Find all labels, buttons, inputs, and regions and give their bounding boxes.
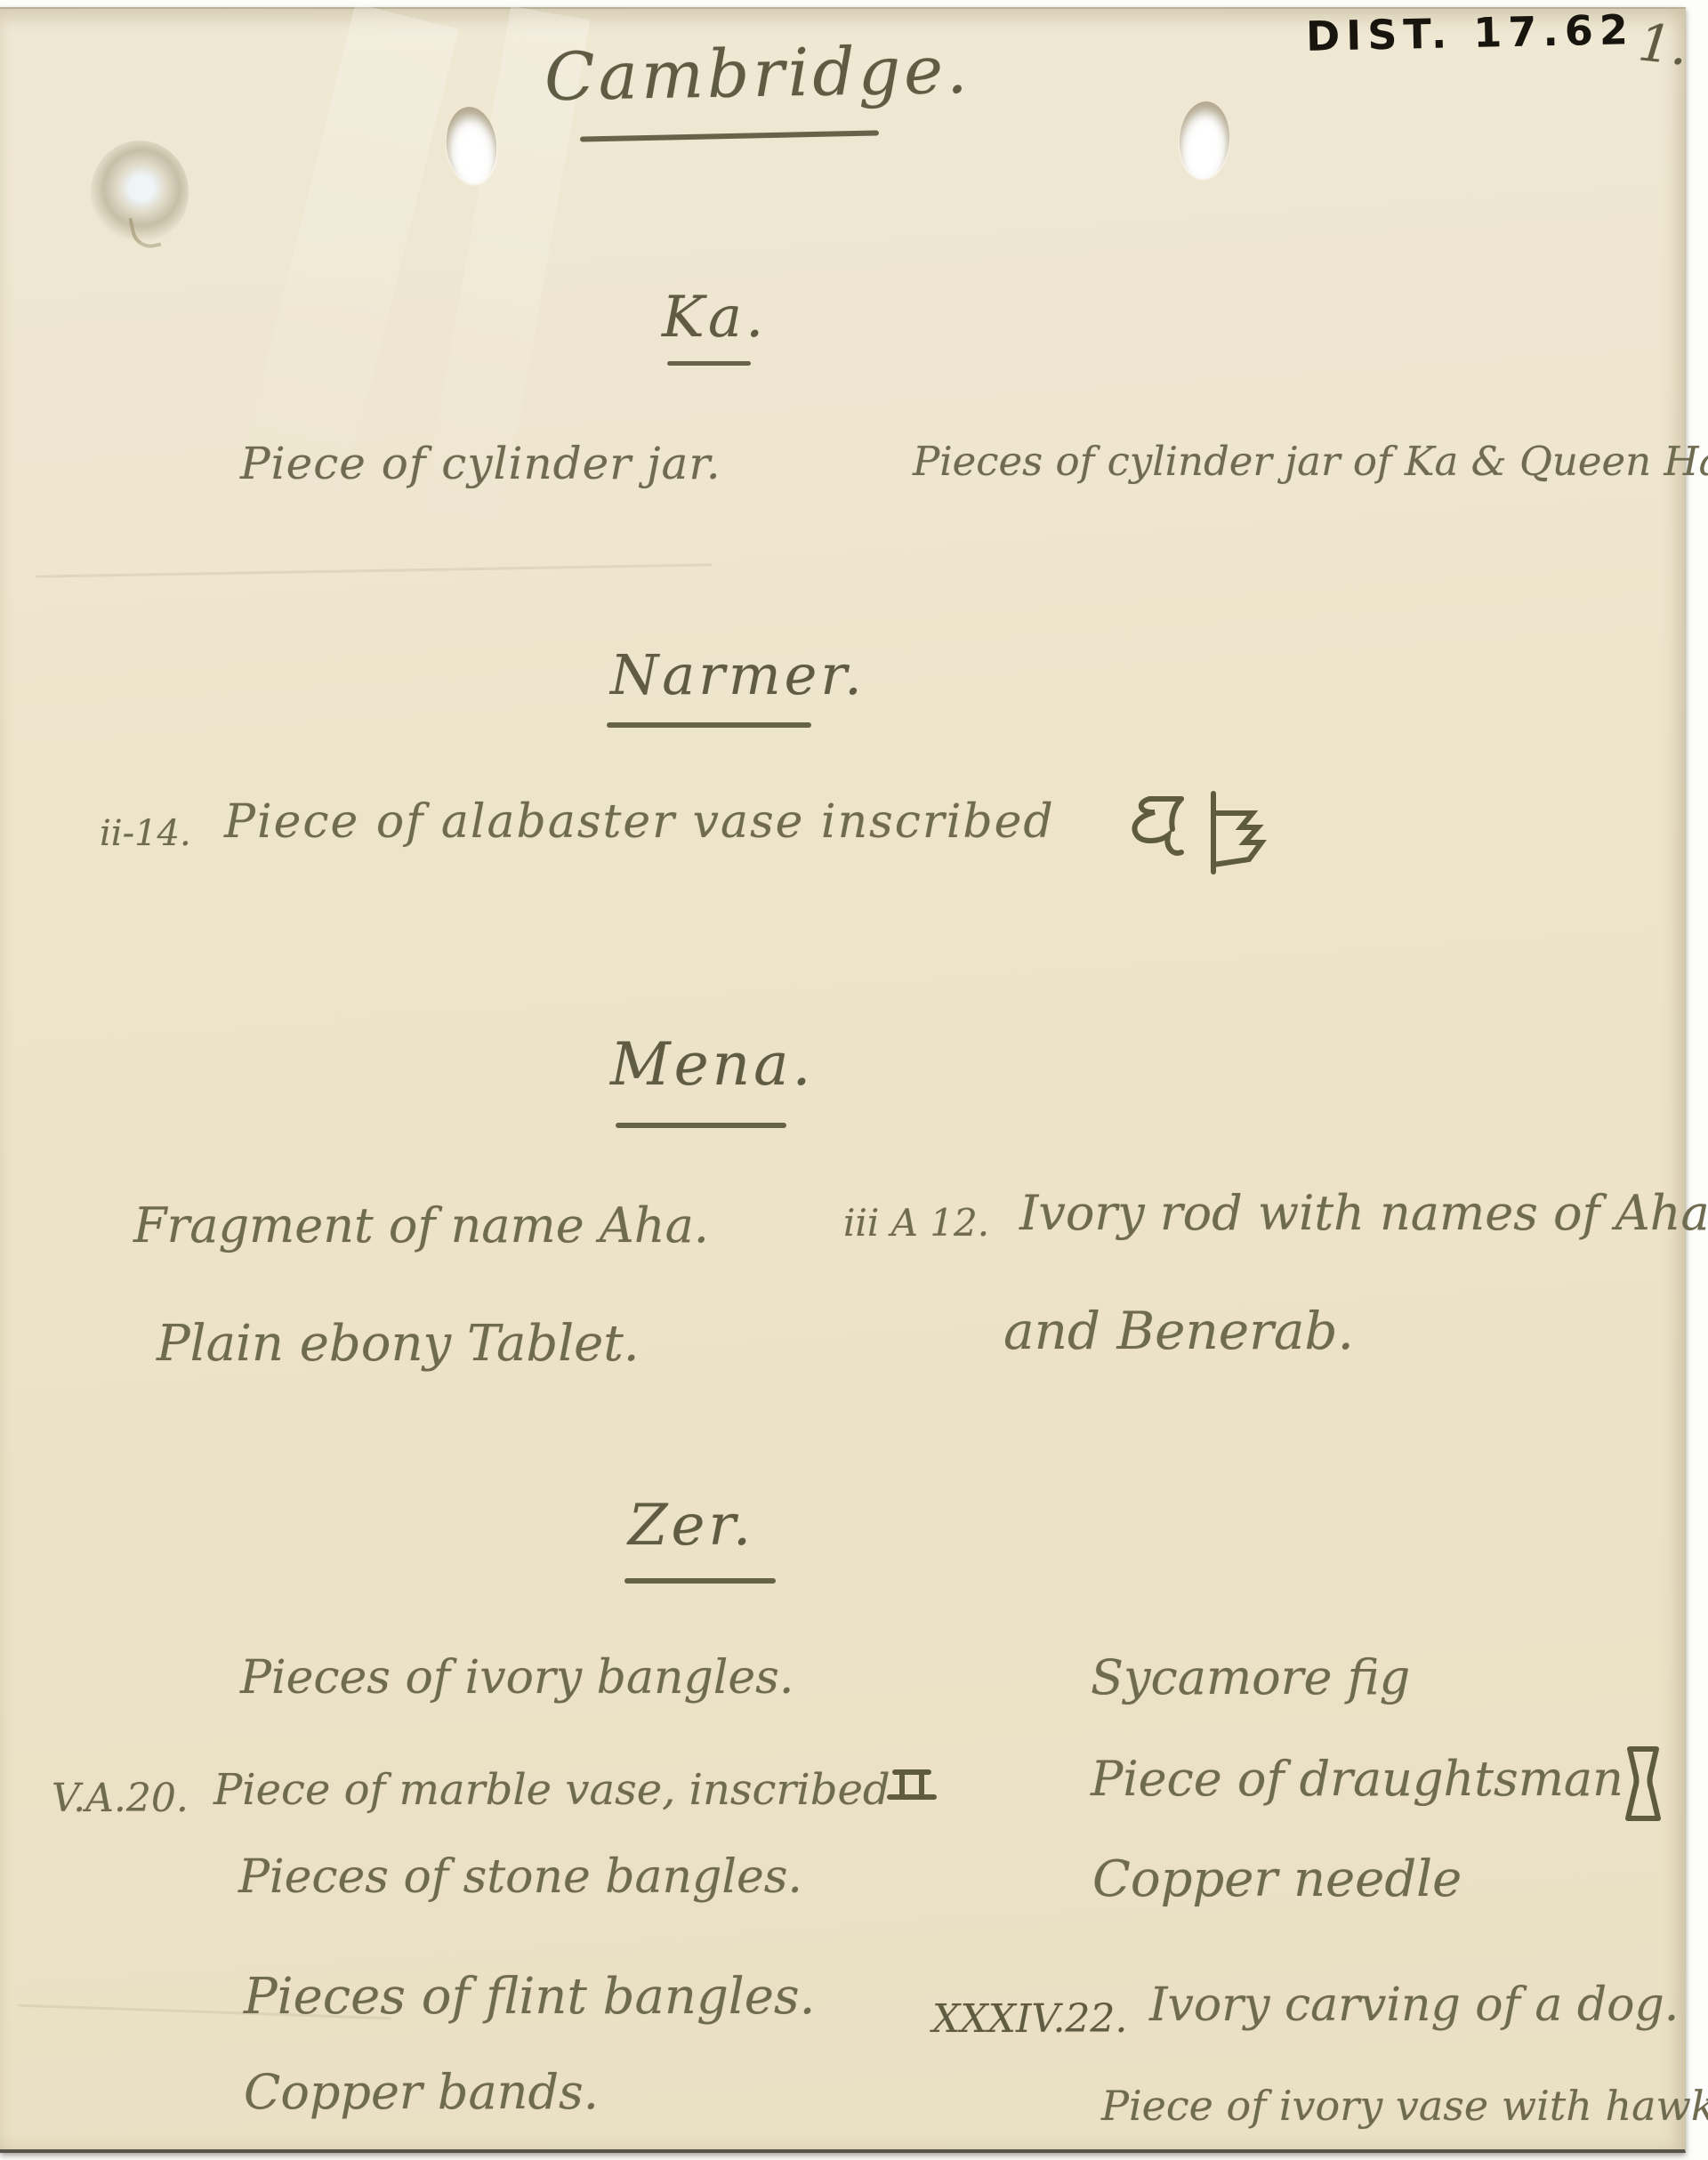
entry-ka-right: Pieces of cylinder jar of Ka & Queen Ha. [913, 438, 1708, 485]
entry-zer-left-2-ref: V.A.20. [52, 1776, 189, 1821]
paper-crease [36, 563, 712, 577]
entry-mena-right-1: Ivory rod with names of Aha [1019, 1185, 1708, 1241]
page-title: Cambridge. [544, 32, 971, 116]
archive-stamp: DIST. 17.62 [1305, 5, 1634, 60]
entry-narmer-ref: ii-14. [100, 813, 191, 854]
entry-zer-left-4: Pieces of flint bangles. [244, 1968, 815, 2026]
vase-stand-hieroglyph [884, 1761, 938, 1809]
section-heading-mena: Mena. [610, 1030, 814, 1099]
entry-zer-left-2: Piece of marble vase, inscribed [213, 1765, 890, 1815]
entry-zer-right-3: Copper needle [1092, 1850, 1462, 1908]
paper-damage-spot [91, 141, 189, 244]
entry-narmer-text: Piece of alabaster vase inscribed [224, 795, 1055, 849]
section-heading-ka: Ka. [662, 285, 767, 351]
narmer-catfish-chisel-hieroglyphs [1119, 785, 1270, 884]
paper-sheet [0, 7, 1686, 2153]
entry-mena-right-ref: iii A 12. [843, 1201, 989, 1245]
scanned-document-page: DIST. 17.62 1. Cambridge. Ka. Piece of c… [0, 0, 1708, 2160]
entry-zer-right-5: Piece of ivory vase with hawk. [1101, 2082, 1708, 2130]
entry-zer-right-1: Sycamore fig [1091, 1649, 1410, 1705]
section-heading-narmer: Narmer. [610, 642, 866, 707]
draughtsman-spool-hieroglyph [1619, 1742, 1667, 1831]
entry-zer-left-3: Pieces of stone bangles. [238, 1850, 802, 1904]
entry-zer-right-4-ref: XXXIV.22. [932, 1996, 1127, 2042]
zer-underline [624, 1578, 776, 1584]
section-heading-zer: Zer. [628, 1493, 754, 1559]
entry-mena-right-2: and Benerab. [1003, 1301, 1354, 1361]
entry-mena-left-1: Fragment of name Aha. [133, 1197, 709, 1253]
narmer-underline [607, 722, 811, 728]
entry-zer-left-1: Pieces of ivory bangles. [240, 1651, 794, 1705]
entry-zer-right-4: Ivory carving of a dog. [1149, 1979, 1679, 2032]
entry-zer-left-5: Copper bands. [244, 2064, 599, 2120]
ka-underline [667, 361, 751, 366]
entry-zer-right-2: Piece of draughtsman [1091, 1751, 1623, 1807]
page-number: 1. [1636, 12, 1691, 77]
mena-underline [616, 1123, 786, 1128]
paper-light-streak [235, 4, 459, 512]
entry-mena-left-2: Plain ebony Tablet. [157, 1315, 640, 1373]
entry-ka-left: Piece of cylinder jar. [240, 438, 721, 489]
